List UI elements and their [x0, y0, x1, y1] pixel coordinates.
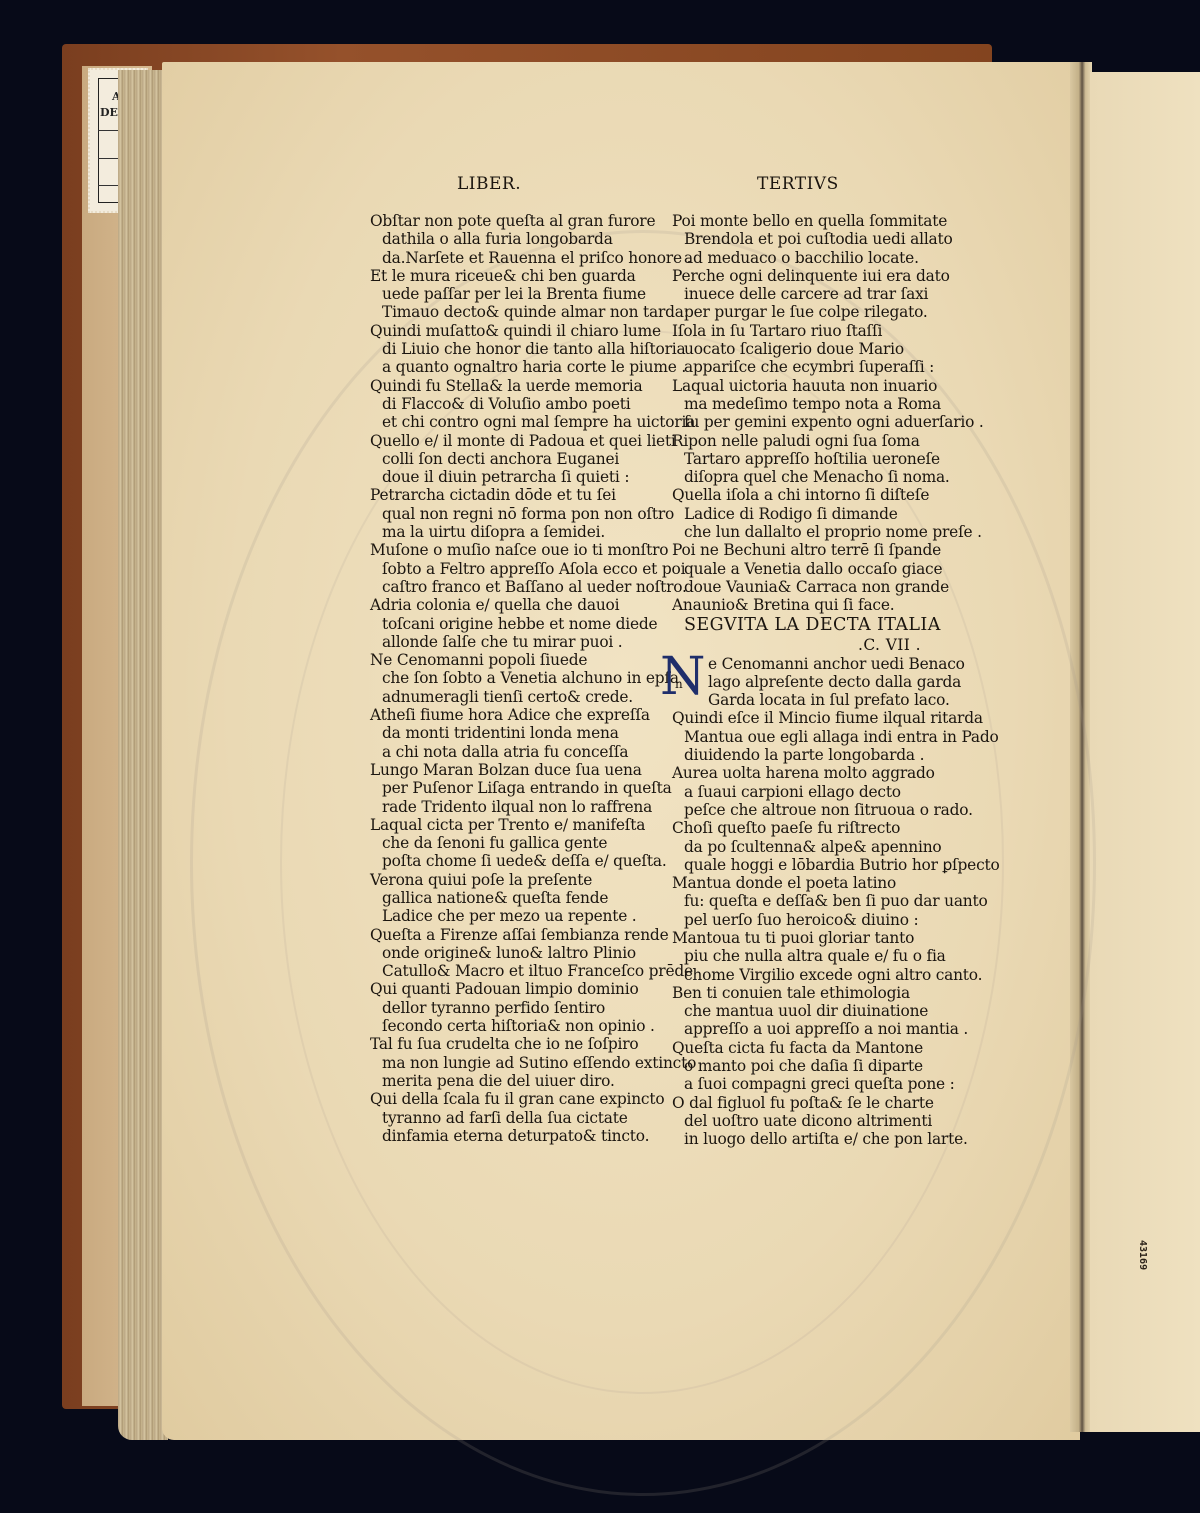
right-column-verses-top: Poi monte bello en quella ſommitateBrend… [672, 212, 972, 615]
verse-line: Obſtar non pote queſta al gran furore [370, 212, 670, 230]
verse-line: Queſta cicta fu facta da Mantone [672, 1039, 972, 1057]
verse-line: tyranno ad farſi della ſua cictate [370, 1109, 670, 1127]
verse-line: Timauo decto& quinde almar non tarda: [370, 303, 670, 321]
verse-line: Aurea uolta harena molto aggrado [672, 764, 972, 782]
verse-line: onde origine& luno& laltro Plinio [370, 944, 670, 962]
verse-line: Perche ogni delinquente iui era dato [672, 267, 972, 285]
guide-letter: n [675, 675, 683, 693]
verse-line: Ben ti conuien tale ethimologia [672, 984, 972, 1002]
verse-line: a ſuaui carpioni ellago decto [672, 783, 972, 801]
verse-line: in luogo dello artiſta e/ che pon larte. [672, 1130, 972, 1148]
verse-line: fu: queſta e deſſa& ben ſi puo dar uanto [672, 892, 972, 910]
verse-line: qual non regni nō forma pon non oſtro [370, 505, 670, 523]
verse-line: che ſon ſobto a Venetia alchuno in epſa [370, 669, 670, 687]
verse-line: Laqual cicta per Trento e/ manifeſta [370, 816, 670, 834]
verse-line: di Liuio che honor die tanto alla hiſtor… [370, 340, 670, 358]
verse-line: Brendola et poi cuſtodia uedi allato [672, 230, 972, 248]
verse-line: quale a Venetia dallo occaſo giace [672, 560, 972, 578]
verse-line: da.Narſete et Rauenna el priſco honore . [370, 249, 670, 267]
verse-line: dathila o alla furia longobarda [370, 230, 670, 248]
verse-line: adnumeragli tienſi certo& crede. [370, 688, 670, 706]
verse-line: Poi monte bello en quella ſommitate [672, 212, 972, 230]
verse-line: diſopra quel che Menacho ſi noma. [672, 468, 972, 486]
verse-line: Atheſi fiume hora Adice che expreſſa [370, 706, 670, 724]
verse-line: o manto poi che daſia ſi diparte [672, 1057, 972, 1075]
verse-line: uede paſſar per lei la Brenta fiume [370, 285, 670, 303]
verse-line: Muſone o muſio naſce oue io ti monſtro [370, 541, 670, 559]
verse-line: del uoſtro uate dicono altrimenti [672, 1112, 972, 1130]
verse-line: pel uerſo ſuo heroico& diuino : [672, 911, 972, 929]
verse-line: Poi ne Bechuni altro terrē ſi ſpande [672, 541, 972, 559]
verse-line: Quindi fu Stella& la uerde memoria [370, 377, 670, 395]
verse-line: per purgar le ſue colpe rilegato. [672, 303, 972, 321]
verse-line: Ripon nelle paludi ogni ſua ſoma [672, 432, 972, 450]
verse-line: per Puſenor Liſaga entrando in queſta [370, 779, 670, 797]
verse-line: Catullo& Macro et iltuo Franceſco prēde [370, 962, 670, 980]
verse-line: e Cenomanni anchor uedi Benaco [672, 655, 972, 673]
right-page-edge [1090, 72, 1200, 1432]
verse-line: Lungo Maran Bolzan duce ſua uena [370, 761, 670, 779]
verse-line: a ſuoi compagni greci queſta pone : [672, 1075, 972, 1093]
book-gutter [1070, 62, 1092, 1432]
verse-line: ma non lungie ad Sutino eſſendo extincto [370, 1054, 670, 1072]
verse-line: ſecondo certa hiſtoria& non opinio . [370, 1017, 670, 1035]
verse-line: Quella iſola a chi intorno ſi diſteſe [672, 486, 972, 504]
running-head-right: TERTIVS [757, 174, 839, 194]
verse-line: inuece delle carcere ad trar ſaxi [672, 285, 972, 303]
verse-line: gallica natione& queſta fende [370, 889, 670, 907]
verse-line: et chi contro ogni mal ſempre ha uictori… [370, 413, 670, 431]
verse-line: Ne Cenomanni popoli ſiuede [370, 651, 670, 669]
verse-line: a chi nota dalla atria fu conceſſa [370, 743, 670, 761]
verse-line: O dal figluol fu poſta& ſe le charte [672, 1094, 972, 1112]
verse-line: lago alpreſente decto dalla garda [672, 673, 972, 691]
verse-line: uocato ſcaligerio doue Mario [672, 340, 972, 358]
verse-line: colli ſon decti anchora Euganei [370, 450, 670, 468]
verse-line: Qui della ſcala fu il gran cane expincto [370, 1090, 670, 1108]
verse-line: Quindi muſatto& quindi il chiaro lume [370, 322, 670, 340]
verse-line: di Flacco& di Voluſio ambo poeti [370, 395, 670, 413]
verse-line: Mantua donde el poeta latino [672, 874, 972, 892]
verse-line: ma la uirtu diſopra a ſemidei. [370, 523, 670, 541]
verse-line: Mantua oue egli allaga indi entra in Pad… [672, 728, 972, 746]
verse-line: doue Vaunia& Carraca non grande [672, 578, 972, 596]
right-text-column: Poi monte bello en quella ſommitateBrend… [672, 212, 972, 1149]
verse-line: diuidendo la parte longobarda . [672, 746, 972, 764]
decorated-initial-block: N n e Cenomanni anchor uedi Benaco lago … [672, 655, 972, 710]
verse-line: Queſta a Firenze aſſai ſembianza rende [370, 926, 670, 944]
verse-line: merita pena die del uiuer diro. [370, 1072, 670, 1090]
running-head-left: LIBER. [457, 174, 521, 194]
verse-line: Quello e/ il monte di Padoua et quei lie… [370, 432, 670, 450]
verse-line: Et le mura riceue& chi ben guarda [370, 267, 670, 285]
verse-line: Laqual uictoria hauuta non inuario [672, 377, 972, 395]
verse-line: Qui quanti Padouan limpio dominio [370, 980, 670, 998]
verse-line: Iſola in ſu Tartaro riuo ſtaſſi [672, 322, 972, 340]
verse-line: ma medeſimo tempo nota a Roma [672, 395, 972, 413]
verse-line: Tartaro appreſſo hoſtilia ueroneſe [672, 450, 972, 468]
verse-line: Ladice di Rodigo ſi dimande [672, 505, 972, 523]
page-edges-stack [118, 70, 168, 1440]
verse-line: Garda locata in ſul prefato laco. [672, 691, 972, 709]
verse-line: che lun dallalto el proprio nome preſe . [672, 523, 972, 541]
verse-line: peſce che altroue non ſitruoua o rado. [672, 801, 972, 819]
verse-line: appariſce che ecymbri ſuperaſſi : [672, 358, 972, 376]
verse-line: a quanto ognaltro haria corte le piume . [370, 358, 670, 376]
inventory-stamp: 43169 [1137, 1240, 1148, 1270]
verse-line: ſobto a Feltro appreſſo Aſola ecco et po… [370, 560, 670, 578]
verse-line: Adria colonia e/ quella che dauoi [370, 596, 670, 614]
verse-line: fu per gemini expento ogni aduerſario . [672, 413, 972, 431]
verse-line: dellor tyranno perfido ſentiro [370, 999, 670, 1017]
verse-line: Ladice che per mezo ua repente . [370, 907, 670, 925]
verse-line: appreſſo a uoi appreſſo a noi mantia . [672, 1020, 972, 1038]
verse-line: dinfamia eterna deturpato& tincto. [370, 1127, 670, 1145]
verse-line: Petrarcha cictadin dōde et tu ſei [370, 486, 670, 504]
verse-line: che mantua uuol dir diuinatione [672, 1002, 972, 1020]
verse-line: da monti tridentini londa mena [370, 724, 670, 742]
verse-line: Tal fu ſua crudelta che io ne ſoſpiro [370, 1035, 670, 1053]
right-column-verses-bottom: Quindi eſce il Mincio fiume ilqual ritar… [672, 709, 972, 1148]
verse-line: Quindi eſce il Mincio fiume ilqual ritar… [672, 709, 972, 727]
verse-line: Mantoua tu ti puoi gloriar tanto [672, 929, 972, 947]
verse-line: chome Virgilio excede ogni altro canto. [672, 966, 972, 984]
verse-line: Verona quiui poſe la preſente [370, 871, 670, 889]
verse-line: caſtro franco et Baſſano al ueder noſtro… [370, 578, 670, 596]
verse-line: Choſi queſto paeſe fu riſtrecto [672, 819, 972, 837]
section-number: .C. VII . [672, 635, 972, 655]
verse-line: doue il diuin petrarcha ſi quieti : [370, 468, 670, 486]
left-text-column: Obſtar non pote queſta al gran furoredat… [370, 212, 670, 1145]
verse-line: quale hoggi e lōbardia Butrio hor ꝑſpect… [672, 856, 972, 874]
verse-line: toſcani origine hebbe et nome diede [370, 615, 670, 633]
verse-line: che da ſenoni fu gallica gente [370, 834, 670, 852]
verse-line: piu che nulla altra quale e/ fu o fia [672, 947, 972, 965]
section-heading: SEGVITA LA DECTA ITALIA [672, 615, 972, 635]
verse-line: allonde ſalſe che tu mirar puoi . [370, 633, 670, 651]
verse-line: da po ſcultenna& alpe& apennino [672, 838, 972, 856]
verse-line: poſta chome ſi uede& deſſa e/ queſta. [370, 852, 670, 870]
verse-line: rade Tridento ilqual non lo raffrena [370, 798, 670, 816]
verse-line: ad meduaco o bacchilio locate. [672, 249, 972, 267]
verse-line: Anaunio& Bretina qui ſi face. [672, 596, 972, 614]
